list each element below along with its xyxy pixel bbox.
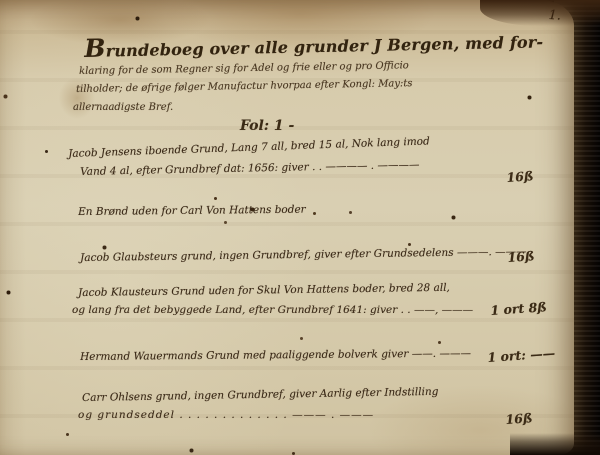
title-subline-3: allernaadigste Bref. xyxy=(73,102,173,113)
entry-3-line-1: Jacob Glaubsteurs grund, ingen Grundbref… xyxy=(80,246,527,264)
book-bottom-edge-shadow xyxy=(510,433,600,455)
entry-4-line-2: og lang fra det bebyggede Land, efter Gr… xyxy=(72,304,473,316)
entry-1-line-1: Jacob Jensens iboende Grund, Lang 7 all,… xyxy=(68,135,430,160)
section-heading: Fol: 1 - xyxy=(240,118,294,134)
manuscript-photo: 1. Brundeboeg over alle grunder J Bergen… xyxy=(0,0,600,455)
entry-4-amount: 1 ort 8ß xyxy=(490,299,547,318)
entry-5-line-1: Hermand Wauermands Grund med paaliggende… xyxy=(80,348,471,363)
entry-5-amount: 1 ort: —— xyxy=(487,345,556,365)
title-subline-1: klaring for de som Regner sig for Adel o… xyxy=(79,60,409,77)
entry-3-amount: 16ß xyxy=(507,248,535,265)
ink-specks xyxy=(0,0,3,3)
entry-6-amount: 16ß xyxy=(505,410,533,427)
entry-2-line-1: En Brønd uden for Carl Von Hattens boder xyxy=(78,204,306,218)
entry-1-line-2: Vand 4 al, efter Grundbref dat: 1656: gi… xyxy=(80,159,420,178)
manuscript-page: 1. Brundeboeg over alle grunder J Bergen… xyxy=(0,0,574,455)
entry-1-amount: 16ß xyxy=(506,168,534,185)
entry-6-line-2: og grundseddel . . . . . . . . . . . . .… xyxy=(78,409,374,421)
title-line: Brundeboeg over alle grunder J Bergen, m… xyxy=(84,24,543,63)
entry-6-line-1: Carr Ohlsens grund, ingen Grundbref, giv… xyxy=(82,386,439,404)
title-subline-2: tilholder; de øfrige følger Manufactur h… xyxy=(76,78,413,95)
entry-4-line-1: Jacob Klausteurs Grund uden for Skul Von… xyxy=(78,282,450,299)
